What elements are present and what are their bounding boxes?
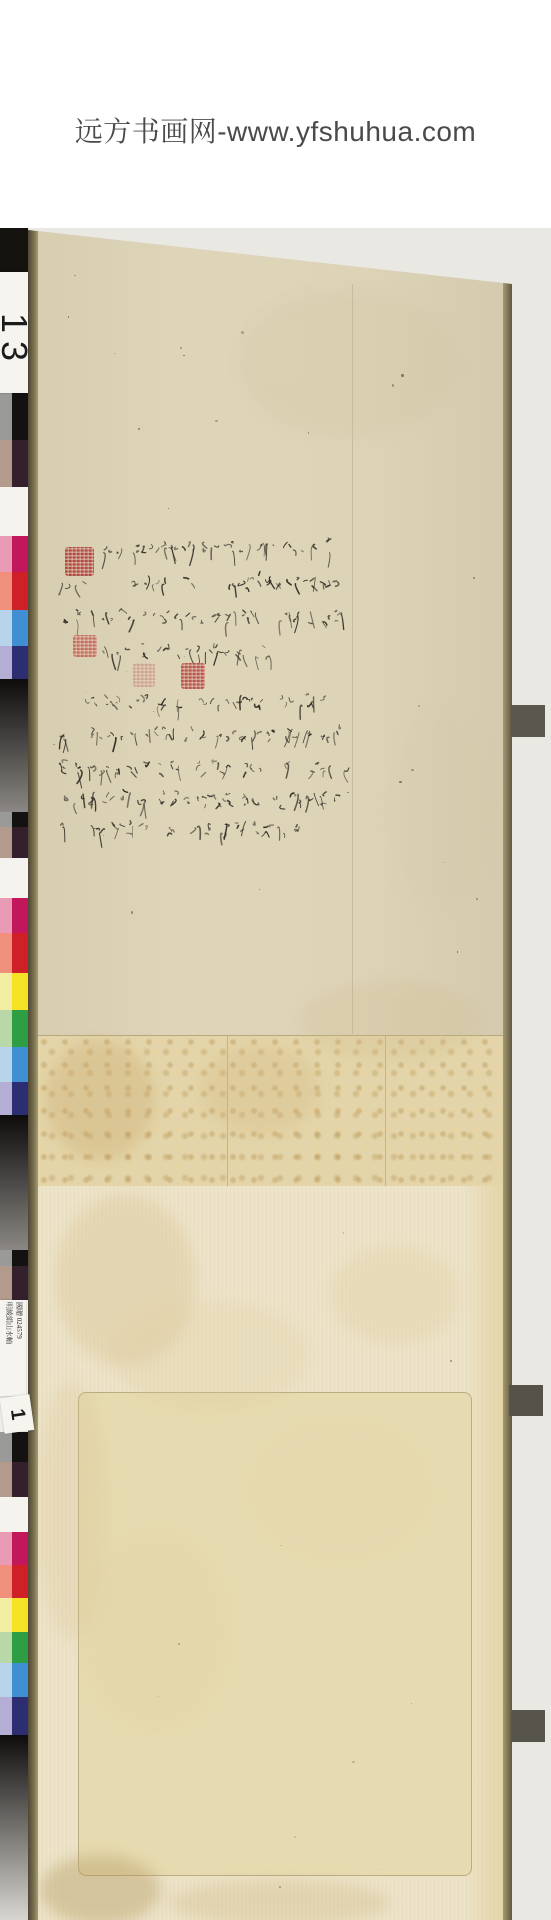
red-seal [133, 663, 155, 687]
calibration-segment [0, 1266, 28, 1300]
red-seal [65, 547, 94, 576]
foxing-speck [241, 331, 244, 334]
calibration-segment [0, 827, 28, 858]
foxing-speck [158, 703, 160, 705]
calibration-segment [0, 812, 28, 827]
foxing-speck [457, 951, 458, 952]
calibration-segment [0, 1432, 28, 1462]
calibration-segment [0, 1565, 28, 1598]
watermark-text: 远方书画网-www.yfshuhua.com [0, 106, 551, 158]
foxing-speck [180, 347, 182, 349]
water-stain [250, 1420, 430, 1560]
foxing-speck [158, 1696, 160, 1698]
calibration-segment [0, 1632, 28, 1663]
calibration-segment [0, 1047, 28, 1082]
scroll-left-edge [28, 228, 38, 1920]
water-stain [45, 1040, 155, 1160]
foxing-speck [259, 889, 260, 890]
color-calibration-bar-left [0, 228, 28, 1920]
calibration-segment [0, 228, 28, 272]
photo-background: 13 國贈 024579 明綾絹山水軸 1 [0, 228, 551, 1920]
calibration-segment [0, 933, 28, 973]
calibration-segment [0, 393, 28, 440]
accession-title: 明綾絹山水軸 [4, 1302, 14, 1394]
red-seal [73, 635, 97, 657]
water-stain [110, 1300, 310, 1410]
foxing-speck [411, 1703, 412, 1704]
calibration-segment [0, 1735, 28, 1920]
foxing-speck [184, 656, 185, 657]
accession-number: 國贈 024579 [14, 1302, 24, 1394]
calibration-segment [0, 646, 28, 679]
foxing-speck [68, 316, 70, 318]
calibration-segment [0, 536, 28, 572]
foxing-speck [411, 769, 413, 771]
calibration-segment [0, 1663, 28, 1697]
frame-number-text: 13 [0, 313, 35, 341]
gray-reference-patch [511, 1710, 545, 1742]
calibration-segment [0, 1010, 28, 1047]
calibration-segment [0, 1532, 28, 1565]
calibration-segment [0, 1250, 28, 1266]
foxing-speck [215, 420, 217, 422]
calibration-segment [0, 1497, 28, 1532]
water-stain [40, 1855, 160, 1920]
foxing-speck [281, 1545, 282, 1546]
water-stain [300, 980, 480, 1060]
calibration-segment [0, 440, 28, 487]
calibration-segment [0, 898, 28, 933]
calibration-segment [0, 1115, 28, 1250]
calibration-segment [0, 1598, 28, 1632]
water-stain [80, 1530, 230, 1730]
calibration-segment [0, 487, 28, 536]
calibration-segment [0, 572, 28, 610]
sequence-number: 1 [4, 1398, 31, 1431]
scroll-image [28, 228, 512, 1920]
foxing-speck [450, 1360, 452, 1362]
foxing-speck [399, 781, 401, 783]
scroll-right-edge [503, 228, 512, 1920]
calibration-segment [0, 858, 28, 898]
foxing-speck [59, 593, 61, 595]
calibration-segment [0, 973, 28, 1010]
calibration-segment [0, 1462, 28, 1497]
foxing-speck [401, 374, 404, 377]
water-stain [240, 290, 460, 440]
calibration-segment [0, 1082, 28, 1115]
foxing-speck [279, 1886, 281, 1888]
calibration-segment [0, 679, 28, 812]
water-stain [200, 1045, 320, 1135]
water-stain [330, 1245, 460, 1345]
red-seal [181, 663, 205, 689]
foxing-speck [178, 1643, 180, 1645]
foxing-speck [153, 711, 154, 712]
water-stain [390, 700, 500, 920]
gray-reference-patch [509, 1385, 543, 1416]
frame-number-label: 13 [0, 272, 28, 393]
calibration-segment [0, 610, 28, 646]
accession-label: 國贈 024579 明綾絹山水軸 [0, 1300, 26, 1396]
sequence-tab: 1 [0, 1394, 34, 1434]
gray-reference-patch [511, 705, 545, 737]
calibration-segment [0, 1697, 28, 1735]
